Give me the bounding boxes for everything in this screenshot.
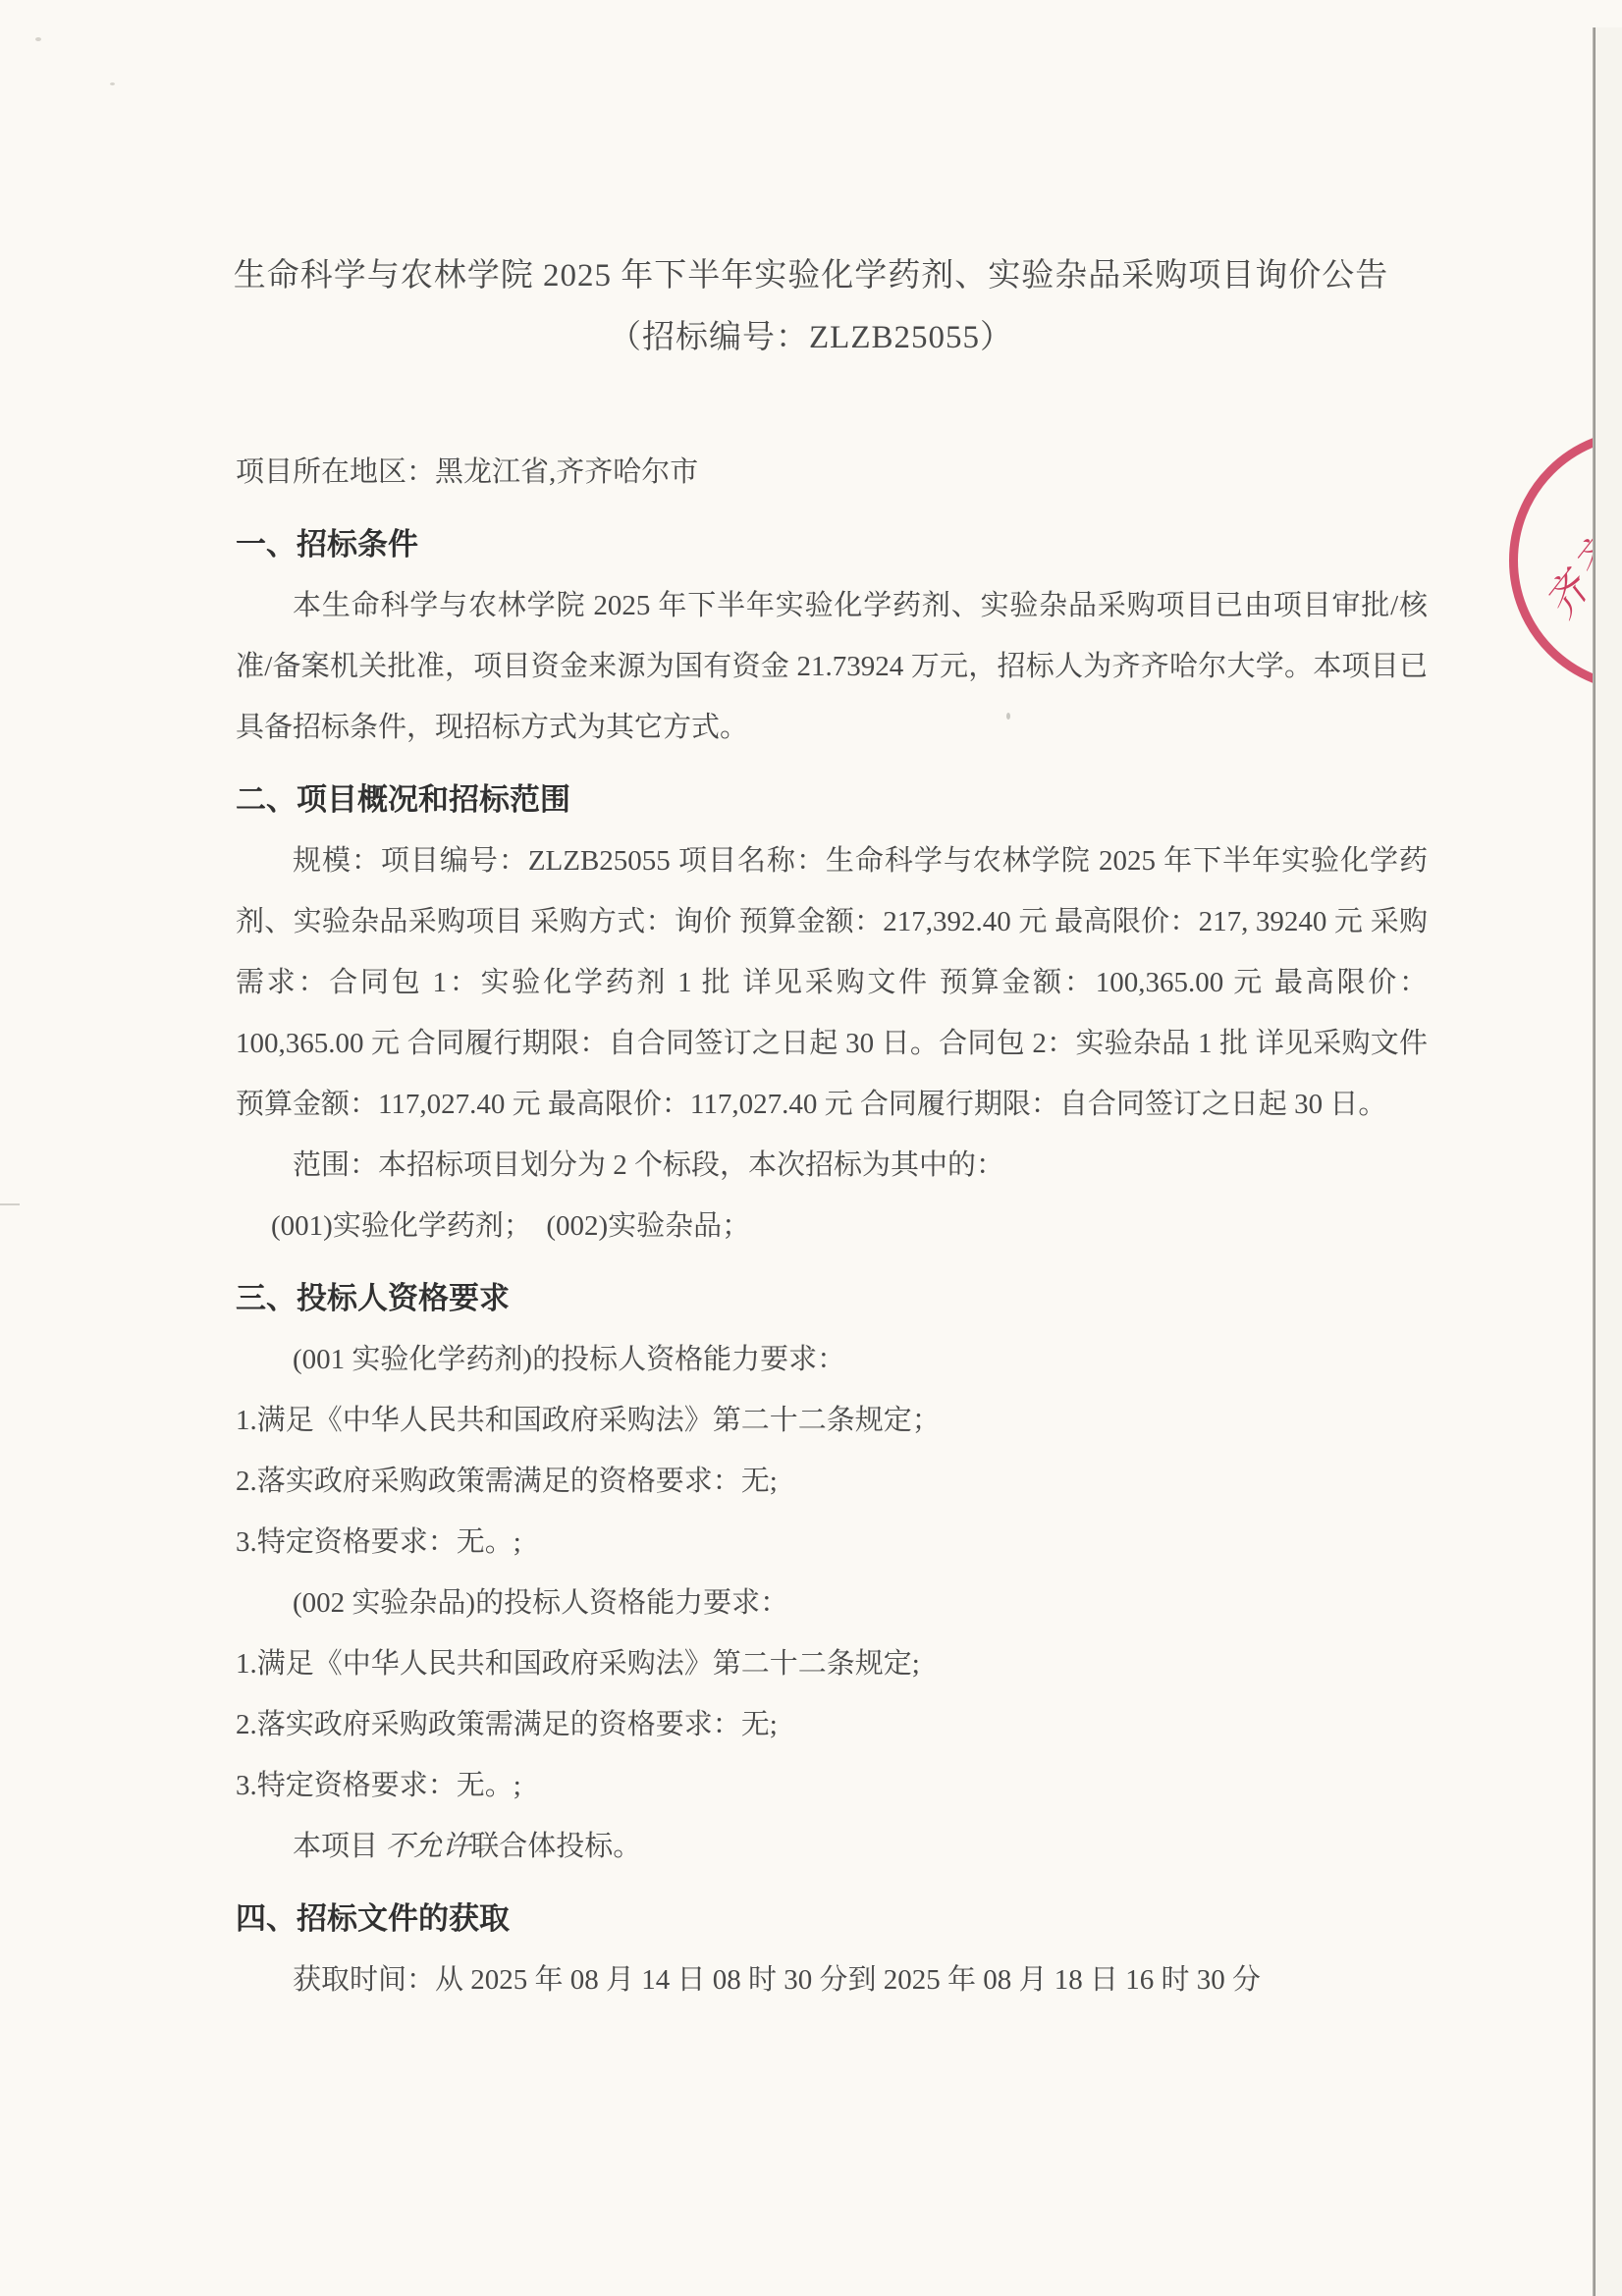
scan-speck — [110, 82, 115, 85]
section-2-heading: 二、项目概况和招标范围 — [236, 770, 1428, 830]
section-1-heading: 一、招标条件 — [236, 514, 1428, 575]
document-title-block: 生命科学与农林学院 2025 年下半年实验化学药剂、实验杂品采购项目询价公告 （… — [0, 0, 1622, 369]
page-edge-line — [1593, 27, 1595, 2296]
section-1-paragraph: 本生命科学与农林学院 2025 年下半年实验化学药剂、实验杂品采购项目已由项目审… — [236, 575, 1428, 758]
joint-bid-emphasis: 不允许 — [385, 1831, 470, 1862]
section-4-heading: 四、招标文件的获取 — [236, 1889, 1428, 1949]
official-seal: 齐齐哈尔大学 — [1509, 429, 1593, 692]
scan-artifact-line — [0, 1203, 20, 1205]
lot2-qualification-item-3: 3.特定资格要求：无。; — [236, 1755, 1428, 1816]
scan-speck — [1006, 713, 1010, 720]
joint-bid-prefix: 本项目 — [293, 1831, 378, 1862]
joint-bid-suffix: 联合体投标。 — [470, 1831, 641, 1862]
lot2-qualification-intro: (002 实验杂品)的投标人资格能力要求： — [236, 1573, 1428, 1633]
page-edge-strip — [1595, 27, 1622, 2296]
lot2-qualification-item-1: 1.满足《中华人民共和国政府采购法》第二十二条规定; — [236, 1633, 1428, 1694]
joint-bid-line: 本项目 不允许联合体投标。 — [236, 1816, 1428, 1877]
section-2-scope-line: 范围：本招标项目划分为 2 个标段，本次招标为其中的： — [236, 1135, 1428, 1196]
lot1-qualification-intro: (001 实验化学药剂)的投标人资格能力要求： — [236, 1329, 1428, 1390]
section-2-scale-paragraph: 规模：项目编号：ZLZB25055 项目名称：生命科学与农林学院 2025 年下… — [236, 830, 1428, 1135]
doc-obtain-time-line: 获取时间：从 2025 年 08 月 14 日 08 时 30 分到 2025 … — [236, 1949, 1428, 2010]
section-3-heading: 三、投标人资格要求 — [236, 1268, 1428, 1329]
document-body: 项目所在地区：黑龙江省,齐齐哈尔市 一、招标条件 本生命科学与农林学院 2025… — [236, 442, 1428, 2010]
project-region-line: 项目所在地区：黑龙江省,齐齐哈尔市 — [236, 442, 1428, 503]
scanned-document-page: 生命科学与农林学院 2025 年下半年实验化学药剂、实验杂品采购项目询价公告 （… — [0, 0, 1622, 2296]
lot2-qualification-item-2: 2.落实政府采购政策需满足的资格要求：无; — [236, 1694, 1428, 1755]
lot1-qualification-item-2: 2.落实政府采购政策需满足的资格要求：无; — [236, 1451, 1428, 1512]
document-title: 生命科学与农林学院 2025 年下半年实验化学药剂、实验杂品采购项目询价公告 — [0, 245, 1622, 307]
lot1-qualification-item-3: 3.特定资格要求：无。; — [236, 1512, 1428, 1573]
lot1-qualification-item-1: 1.满足《中华人民共和国政府采购法》第二十二条规定； — [236, 1390, 1428, 1451]
official-seal-text: 齐齐哈尔大学 — [1529, 422, 1593, 628]
bid-number: （招标编号：ZLZB25055） — [0, 307, 1622, 369]
scan-speck — [35, 37, 41, 41]
section-2-lots-line: (001)实验化学药剂； (002)实验杂品； — [236, 1196, 1428, 1256]
